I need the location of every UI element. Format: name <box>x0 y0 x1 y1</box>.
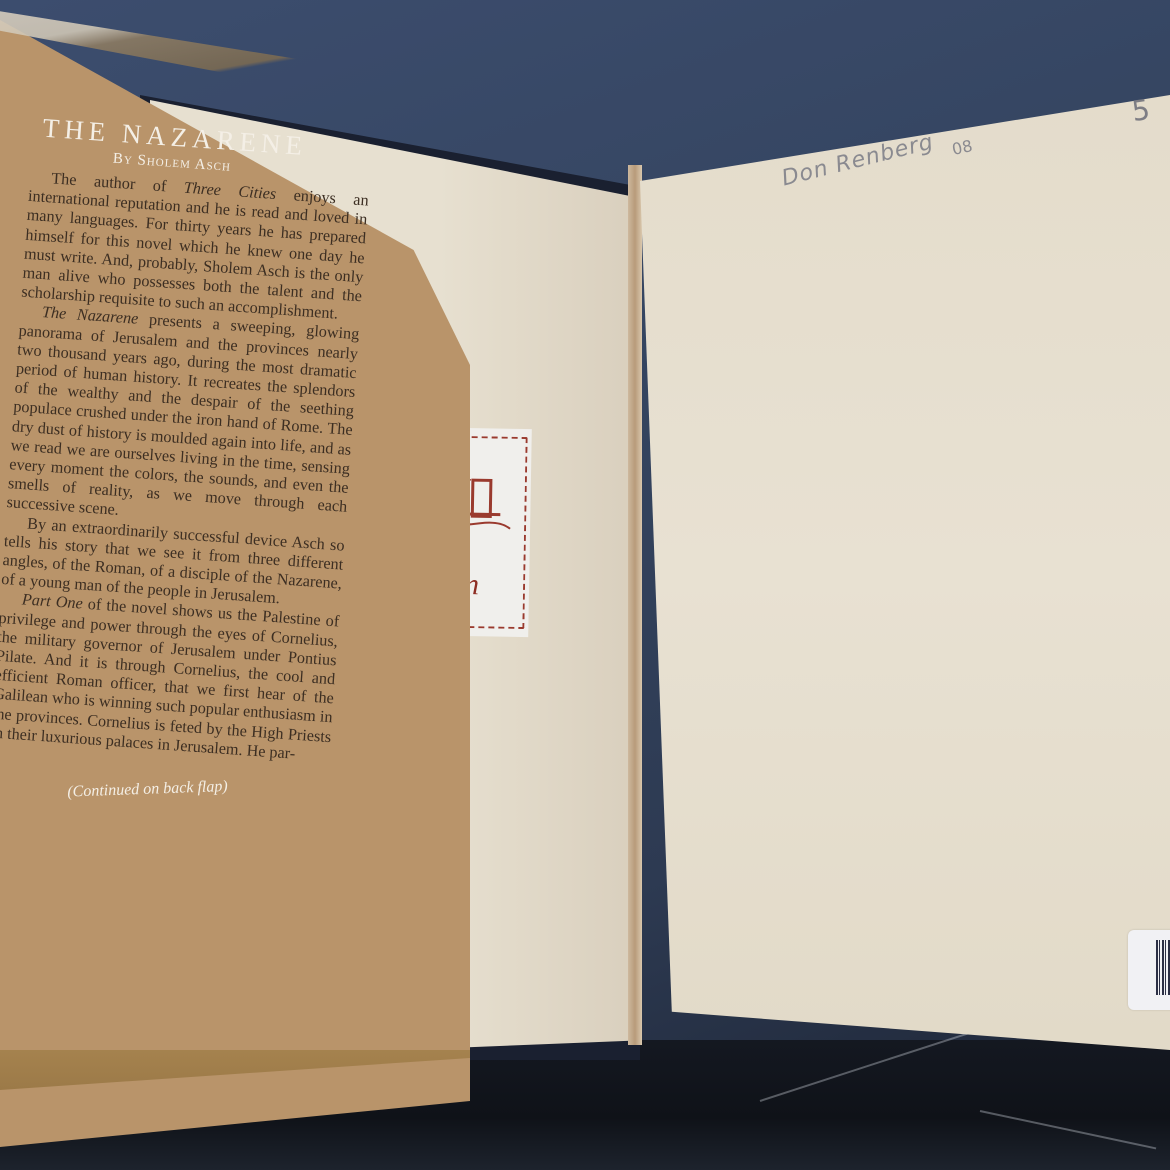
book-photo: on Don Renberg 08 5 THE NAZARENE By Shol… <box>0 0 1170 1170</box>
barcode-icon <box>1156 940 1170 995</box>
front-flyleaf <box>640 95 1170 1050</box>
flap-paragraph: Part One of the novel shows us the Pales… <box>0 589 340 766</box>
book-gutter <box>628 165 642 1045</box>
flap-paragraph: The author of Three Cities enjoys an int… <box>21 168 370 326</box>
marble-vein <box>760 1032 970 1102</box>
barcode-sticker <box>1128 930 1170 1010</box>
marble-vein <box>980 1110 1156 1149</box>
flap-paragraph: The Nazarene presents a sweeping, glowin… <box>6 302 360 536</box>
flap-text-block: THE NAZARENE By Sholem Asch The author o… <box>0 112 373 806</box>
flap-blurb: The author of Three Cities enjoys an int… <box>0 168 369 766</box>
